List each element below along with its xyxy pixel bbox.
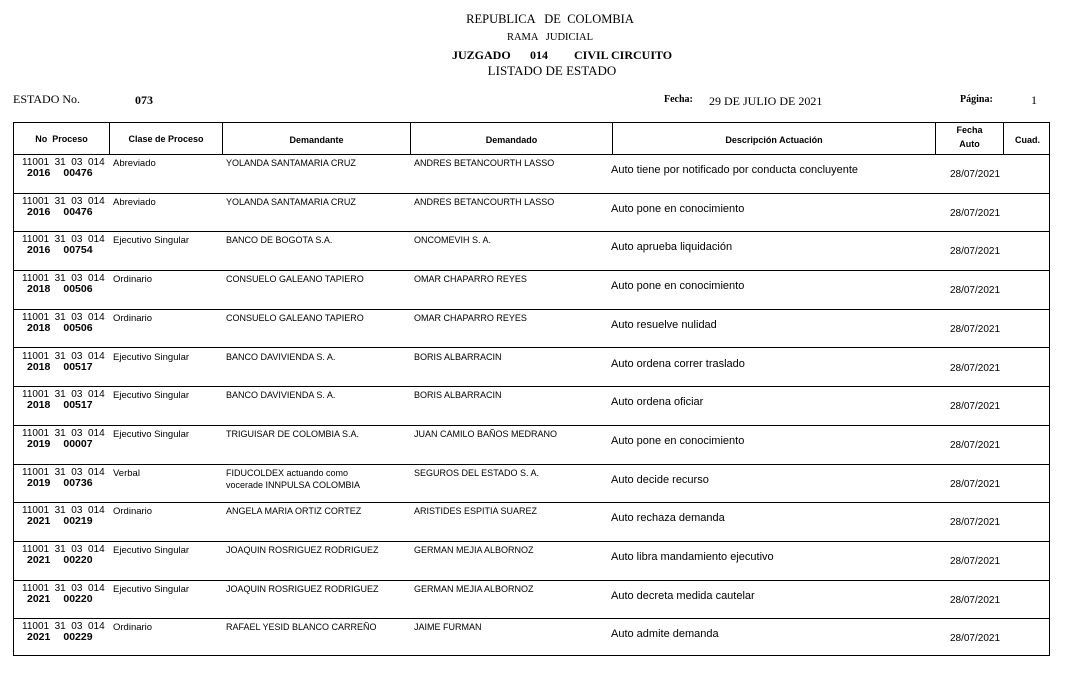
- demandante-line1: CONSUELO GALEANO TAPIERO: [226, 274, 364, 285]
- fecha-auto: 28/07/2021: [935, 633, 1015, 644]
- proceso-anio-numero: 201600754: [27, 245, 93, 256]
- proceso-anio: 2018: [27, 399, 50, 411]
- proceso-anio: 2021: [27, 631, 50, 643]
- clase-proceso: Ejecutivo Singular: [113, 584, 189, 595]
- proceso-anio: 2018: [27, 361, 50, 373]
- descripcion-actuacion: Auto ordena correr traslado: [611, 357, 745, 371]
- col-header-descripcion: Descripción Actuación: [613, 134, 935, 147]
- proceso-anio: 2016: [27, 244, 50, 256]
- descripcion-actuacion: Auto decide recurso: [611, 473, 709, 487]
- table-row[interactable]: 11001 31 03 014 202100220 Ejecutivo Sing…: [14, 542, 1049, 581]
- fecha-auto: 28/07/2021: [935, 324, 1015, 335]
- demandado: SEGUROS DEL ESTADO S. A.: [414, 468, 539, 479]
- fecha-auto: 28/07/2021: [935, 517, 1015, 528]
- proceso-anio-numero: 201600476: [27, 207, 93, 218]
- descripcion-actuacion: Auto pone en conocimiento: [611, 202, 744, 216]
- col-header-demandado: Demandado: [411, 134, 612, 147]
- clase-proceso: Verbal: [113, 468, 140, 479]
- clase-proceso: Ejecutivo Singular: [113, 235, 189, 246]
- demandante: YOLANDA SANTAMARIA CRUZ: [226, 158, 356, 170]
- clase-proceso: Ejecutivo Singular: [113, 545, 189, 556]
- fecha-auto: 28/07/2021: [935, 208, 1015, 219]
- demandante: RAFAEL YESID BLANCO CARREÑO: [226, 622, 377, 634]
- table-row[interactable]: 11001 31 03 014 202100220 Ejecutivo Sing…: [14, 581, 1049, 620]
- descripcion-actuacion: Auto rechaza demanda: [611, 511, 725, 525]
- proceso-numero: 00476: [63, 167, 92, 179]
- proceso-anio: 2018: [27, 322, 50, 334]
- document-title: LISTADO DE ESTADO: [0, 63, 1065, 79]
- col-header-fecha-auto-1: Fecha: [936, 124, 1003, 137]
- demandante-line1: ANGELA MARIA ORTIZ CORTEZ: [226, 506, 361, 517]
- demandante-line1: BANCO DAVIVIENDA S. A.: [226, 390, 335, 401]
- table-row[interactable]: 11001 31 03 014 201900736 Verbal FIDUCOL…: [14, 465, 1049, 504]
- col-header-cuad: Cuad.: [1004, 134, 1051, 147]
- demandante: BANCO DAVIVIENDA S. A.: [226, 390, 335, 402]
- demandante-line1: CONSUELO GALEANO TAPIERO: [226, 313, 364, 324]
- demandante-line1: TRIGUISAR DE COLOMBIA S.A.: [226, 429, 359, 440]
- proceso-anio-numero: 202100219: [27, 516, 93, 527]
- descripcion-actuacion: Auto pone en conocimiento: [611, 279, 744, 293]
- proceso-anio-numero: 202100229: [27, 632, 93, 643]
- proceso-numero: 00220: [63, 554, 92, 566]
- col-header-no-proceso: No Proceso: [14, 133, 109, 146]
- clase-proceso: Ejecutivo Singular: [113, 352, 189, 363]
- fecha-auto: 28/07/2021: [935, 595, 1015, 606]
- proceso-anio-numero: 201800506: [27, 284, 93, 295]
- demandado: JAIME FURMAN: [414, 622, 482, 633]
- fecha-auto: 28/07/2021: [935, 401, 1015, 412]
- demandado: ARISTIDES ESPITIA SUAREZ: [414, 506, 537, 517]
- descripcion-actuacion: Auto libra mandamiento ejecutivo: [611, 550, 774, 564]
- proceso-numero: 00736: [63, 477, 92, 489]
- demandante: BANCO DE BOGOTA S.A.: [226, 235, 332, 247]
- descripcion-actuacion: Auto pone en conocimiento: [611, 434, 744, 448]
- demandante-line2: vocerade INNPULSA COLOMBIA: [226, 480, 360, 491]
- demandado: OMAR CHAPARRO REYES: [414, 313, 527, 324]
- clase-proceso: Ejecutivo Singular: [113, 390, 189, 401]
- pagina-value: 1: [1031, 93, 1037, 108]
- col-header-clase: Clase de Proceso: [110, 133, 222, 146]
- table-row[interactable]: 11001 31 03 014 202100219 Ordinario ANGE…: [14, 503, 1049, 542]
- table-row[interactable]: 11001 31 03 014 201800506 Ordinario CONS…: [14, 310, 1049, 349]
- proceso-numero: 00506: [63, 322, 92, 334]
- proceso-numero: 00754: [63, 244, 92, 256]
- demandado: GERMAN MEJIA ALBORNOZ: [414, 545, 534, 556]
- juzgado-label: JUZGADO: [452, 48, 511, 63]
- country-heading: REPUBLICA DE COLOMBIA: [0, 12, 1065, 27]
- proceso-anio: 2016: [27, 206, 50, 218]
- clase-proceso: Ordinario: [113, 313, 152, 324]
- proceso-anio: 2019: [27, 438, 50, 450]
- demandante-line1: JOAQUIN ROSRIGUEZ RODRIGUEZ: [226, 545, 379, 556]
- proceso-anio: 2016: [27, 167, 50, 179]
- descripcion-actuacion: Auto tiene por notificado por conducta c…: [611, 163, 858, 177]
- proceso-numero: 00517: [63, 361, 92, 373]
- descripcion-actuacion: Auto ordena oficiar: [611, 395, 703, 409]
- demandado: ANDRES BETANCOURTH LASSO: [414, 158, 554, 169]
- proceso-anio: 2019: [27, 477, 50, 489]
- demandado: JUAN CAMILO BAÑOS MEDRANO: [414, 429, 557, 440]
- proceso-anio-numero: 201800517: [27, 400, 93, 411]
- demandante: JOAQUIN ROSRIGUEZ RODRIGUEZ: [226, 545, 379, 557]
- clase-proceso: Abreviado: [113, 197, 156, 208]
- demandado: BORIS ALBARRACIN: [414, 352, 502, 363]
- demandante: TRIGUISAR DE COLOMBIA S.A.: [226, 429, 359, 441]
- proceso-anio: 2021: [27, 554, 50, 566]
- table-row[interactable]: 11001 31 03 014 201600476 Abreviado YOLA…: [14, 155, 1049, 194]
- clase-proceso: Ordinario: [113, 274, 152, 285]
- demandado: BORIS ALBARRACIN: [414, 390, 502, 401]
- clase-proceso: Ejecutivo Singular: [113, 429, 189, 440]
- demandante: YOLANDA SANTAMARIA CRUZ: [226, 197, 356, 209]
- fecha-value: 29 DE JULIO DE 2021: [709, 94, 822, 109]
- fecha-auto: 28/07/2021: [935, 479, 1015, 490]
- demandante-line1: FIDUCOLDEX actuando como: [226, 468, 360, 479]
- proceso-numero: 00229: [63, 631, 92, 643]
- branch-heading: RAMA JUDICIAL: [0, 32, 1065, 43]
- proceso-anio-numero: 202100220: [27, 594, 93, 605]
- clase-proceso: Ordinario: [113, 622, 152, 633]
- estado-table: No Proceso Clase de Proceso Demandante D…: [13, 122, 1050, 656]
- descripcion-actuacion: Auto resuelve nulidad: [611, 318, 717, 332]
- fecha-auto: 28/07/2021: [935, 440, 1015, 451]
- juzgado-type: CIVIL CIRCUITO: [574, 48, 672, 63]
- fecha-label: Fecha:: [664, 94, 693, 105]
- proceso-anio-numero: 201800517: [27, 362, 93, 373]
- demandante: JOAQUIN ROSRIGUEZ RODRIGUEZ: [226, 584, 379, 596]
- col-header-fecha-auto-2: Auto: [936, 138, 1003, 151]
- demandante-line1: YOLANDA SANTAMARIA CRUZ: [226, 158, 356, 169]
- clase-proceso: Ordinario: [113, 506, 152, 517]
- demandante: CONSUELO GALEANO TAPIERO: [226, 313, 364, 325]
- fecha-auto: 28/07/2021: [935, 363, 1015, 374]
- proceso-numero: 00517: [63, 399, 92, 411]
- demandante-line1: BANCO DAVIVIENDA S. A.: [226, 352, 335, 363]
- juzgado-number: 014: [530, 48, 548, 63]
- demandante-line1: YOLANDA SANTAMARIA CRUZ: [226, 197, 356, 208]
- proceso-anio-numero: 201900007: [27, 439, 93, 450]
- proceso-numero: 00219: [63, 515, 92, 527]
- proceso-numero: 00220: [63, 593, 92, 605]
- demandante-line1: BANCO DE BOGOTA S.A.: [226, 235, 332, 246]
- proceso-numero: 00476: [63, 206, 92, 218]
- demandado: GERMAN MEJIA ALBORNOZ: [414, 584, 534, 595]
- proceso-anio-numero: 202100220: [27, 555, 93, 566]
- demandante: CONSUELO GALEANO TAPIERO: [226, 274, 364, 286]
- table-row[interactable]: 11001 31 03 014 201800517 Ejecutivo Sing…: [14, 387, 1049, 426]
- clase-proceso: Abreviado: [113, 158, 156, 169]
- demandado: ANDRES BETANCOURTH LASSO: [414, 197, 554, 208]
- demandante: BANCO DAVIVIENDA S. A.: [226, 352, 335, 364]
- demandante: FIDUCOLDEX actuando comovocerade INNPULS…: [226, 468, 360, 491]
- descripcion-actuacion: Auto decreta medida cautelar: [611, 589, 755, 603]
- proceso-numero: 00506: [63, 283, 92, 295]
- proceso-anio-numero: 201800506: [27, 323, 93, 334]
- demandante-line1: JOAQUIN ROSRIGUEZ RODRIGUEZ: [226, 584, 379, 595]
- estado-label: ESTADO No.: [13, 92, 80, 107]
- proceso-anio: 2018: [27, 283, 50, 295]
- table-row[interactable]: 11001 31 03 014 202100229 Ordinario RAFA…: [14, 619, 1049, 658]
- demandado: ONCOMEVIH S. A.: [414, 235, 491, 246]
- proceso-anio-numero: 201600476: [27, 168, 93, 179]
- table-row[interactable]: 11001 31 03 014 201800506 Ordinario CONS…: [14, 271, 1049, 310]
- demandante: ANGELA MARIA ORTIZ CORTEZ: [226, 506, 361, 518]
- descripcion-actuacion: Auto aprueba liquidación: [611, 240, 732, 254]
- fecha-auto: 28/07/2021: [935, 246, 1015, 257]
- demandante-line1: RAFAEL YESID BLANCO CARREÑO: [226, 622, 377, 633]
- table-row[interactable]: 11001 31 03 014 201900007 Ejecutivo Sing…: [14, 426, 1049, 465]
- table-row[interactable]: 11001 31 03 014 201600754 Ejecutivo Sing…: [14, 232, 1049, 271]
- proceso-anio: 2021: [27, 515, 50, 527]
- estado-number: 073: [135, 93, 153, 108]
- pagina-label: Página:: [960, 94, 993, 105]
- demandado: OMAR CHAPARRO REYES: [414, 274, 527, 285]
- fecha-auto: 28/07/2021: [935, 556, 1015, 567]
- col-header-demandante: Demandante: [223, 134, 410, 147]
- fecha-auto: 28/07/2021: [935, 169, 1015, 180]
- descripcion-actuacion: Auto admite demanda: [611, 627, 719, 641]
- proceso-anio-numero: 201900736: [27, 478, 93, 489]
- table-row[interactable]: 11001 31 03 014 201800517 Ejecutivo Sing…: [14, 349, 1049, 388]
- table-row[interactable]: 11001 31 03 014 201600476 Abreviado YOLA…: [14, 194, 1049, 233]
- proceso-anio: 2021: [27, 593, 50, 605]
- proceso-numero: 00007: [63, 438, 92, 450]
- fecha-auto: 28/07/2021: [935, 285, 1015, 296]
